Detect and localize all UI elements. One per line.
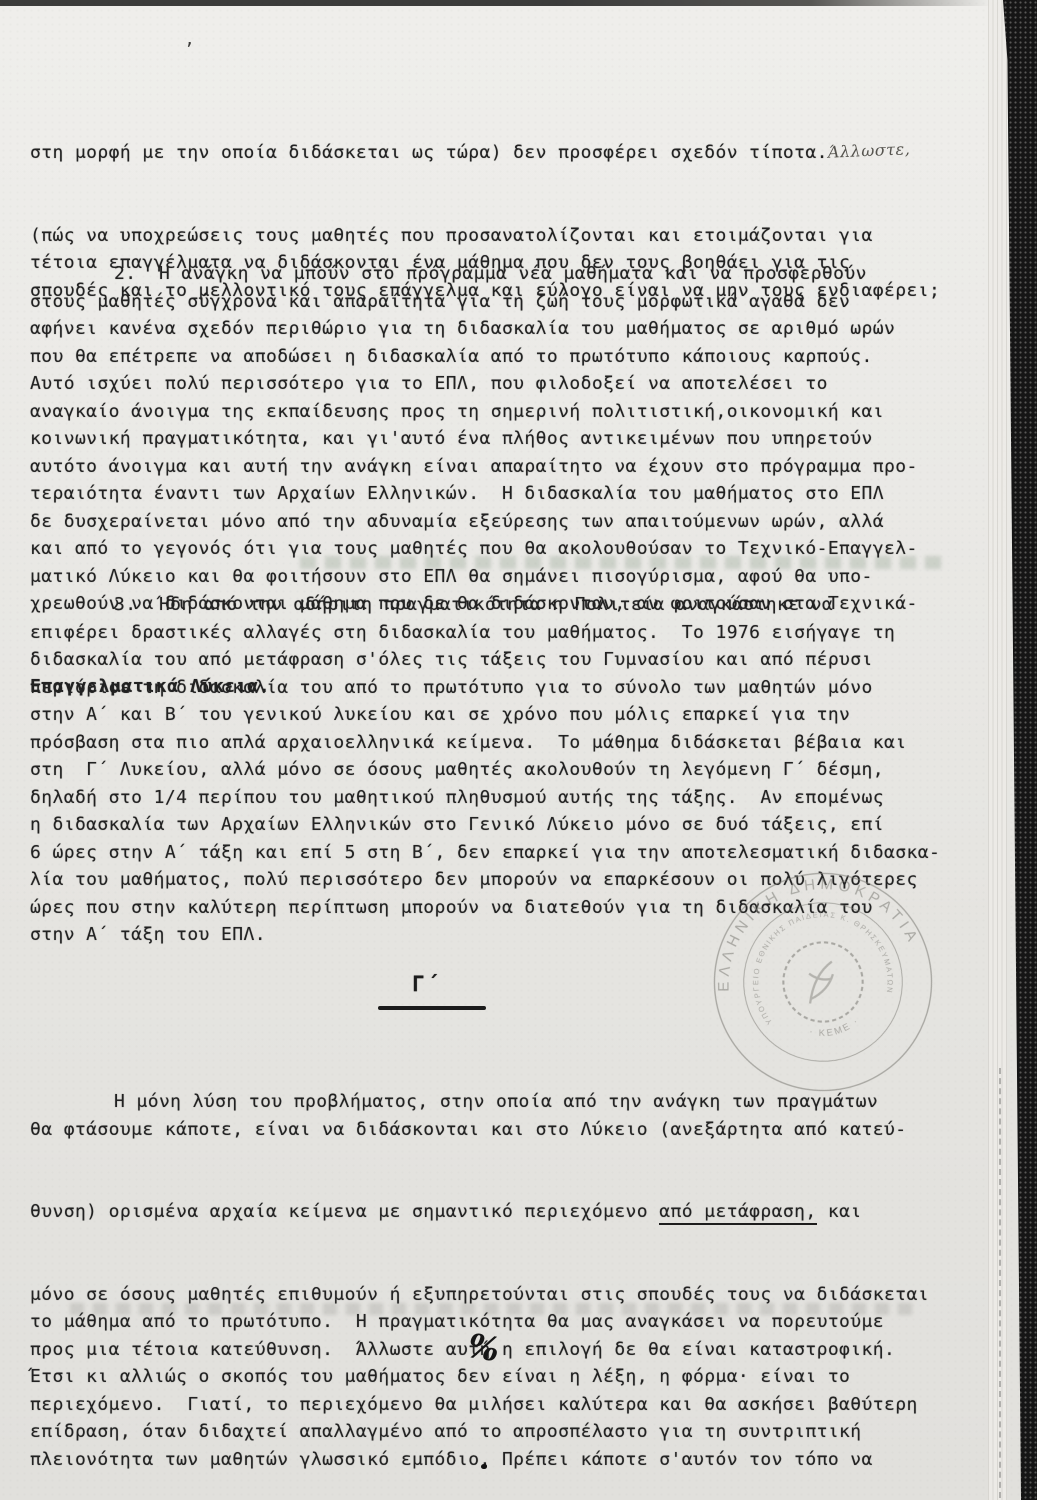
text-line: στη Γ΄ Λυκείου, αλλά μόνο σε όσους μαθητ… <box>30 756 965 784</box>
stray-ink-mark: ’ <box>184 40 194 60</box>
text-line: επίδραση, όταν διδαχτεί απαλλαγμένο από … <box>30 1418 965 1446</box>
text-line: Αυτό ισχύει πολύ περισσότερο για το ΕΠΛ,… <box>30 370 965 398</box>
text-segment: θυνση) ορισμένα αρχαία κείμενα με σημαντ… <box>30 1201 659 1222</box>
stamp-emblem <box>801 962 840 1004</box>
text-segment: στη μορφή με την οποία διδάσκεται ως τώρ… <box>30 142 828 163</box>
text-line: επιφέρει δραστικές αλλαγές στη διδασκαλί… <box>30 619 965 647</box>
text-line: 2. Η ανάγκη να μπούν στο πρόγραμμα νέα μ… <box>30 260 965 288</box>
text-line: ώρες που στην καλύτερη περίπτωση μπορούν… <box>30 894 965 922</box>
paragraph-3: 3. Ήδη από την αδήριτη πραγματικότητα η … <box>30 591 965 949</box>
text-line: στην Α΄ και Β΄ του γενικού λυκείου και σ… <box>30 701 965 729</box>
underlined-phrase: από μετάφραση, <box>659 1201 816 1225</box>
text-line: αναγκαίο άνοιγμα της εκπαίδευσης προς τη… <box>30 398 965 426</box>
text-line: Η μόνη λύση του προβλήματος, στην οποία … <box>30 1088 965 1116</box>
text-line: αφήνει κανένα σχεδόν περιθώριο για τη δι… <box>30 315 965 343</box>
text-line: διδασκαλία του από μετάφραση σ'όλες τις … <box>30 646 965 674</box>
text-segment: και <box>817 1201 862 1222</box>
paragraph-4: Η μόνη λύση του προβλήματος, στην οποία … <box>30 1033 965 1500</box>
text-line: στην Α΄ τάξη του ΕΠΛ. <box>30 921 965 949</box>
text-line: ματικό Λύκειο και θα φοιτήσουν στο ΕΠΛ θ… <box>30 563 965 591</box>
text-line: πρόσβαση στα πιο απλά αρχαιοελληνικά κεί… <box>30 729 965 757</box>
text-line: στη μορφή με την οποία διδάσκεται ως τώρ… <box>30 139 965 167</box>
ink-dot <box>481 1464 487 1469</box>
handwritten-annotation: Άλλωστε, <box>827 135 910 166</box>
text-line: λία του μαθήματος, πολύ περισσότερο δεν … <box>30 866 965 894</box>
text-line: δε δυσχεραίνεται μόνο από την αδυναμία ε… <box>30 508 965 536</box>
text-line: δηλαδή στο 1/4 περίπου του μαθητικού πλη… <box>30 784 965 812</box>
paragraph-2-lines: 2. Η ανάγκη να μπούν στο πρόγραμμα νέα μ… <box>30 260 965 618</box>
text-line: περιεχόμενο. Γιατί, το περιεχόμενο θα μι… <box>30 1391 965 1419</box>
text-line: που θα επέτρεπε να αποδώσει η διδασκαλία… <box>30 343 965 371</box>
text-line: κοινωνική πραγματικότητα, και γι'αυτό έν… <box>30 425 965 453</box>
scan-dark-edge <box>1003 0 1037 1500</box>
heading-underline <box>378 1006 486 1010</box>
text-line: και από το γεγονός ότι για τους μαθητές … <box>30 535 965 563</box>
text-line: μόνο σε όσους μαθητές επιθυμούν ή εξυπηρ… <box>30 1281 965 1309</box>
text-line: πλειονότητα των μαθητών γλωσσικό εμπόδιο… <box>30 1446 965 1474</box>
text-line: 6 ώρες στην Α΄ τάξη και επί 5 στη Β΄, δε… <box>30 839 965 867</box>
section-heading: Γ΄ <box>412 972 441 996</box>
text-line: στους μαθητές σύγχρονα και απαραίτητα γι… <box>30 288 965 316</box>
handwritten-page-mark: % <box>465 1326 503 1370</box>
book-page-edges <box>988 0 1007 1500</box>
text-line: Έτσι κι αλλιώς ο σκοπός του μαθήματος δε… <box>30 1363 965 1391</box>
text-line: θυνση) ορισμένα αρχαία κείμενα με σημαντ… <box>30 1198 965 1226</box>
paragraph-4-lines-a: Η μόνη λύση του προβλήματος, στην οποία … <box>30 1088 965 1143</box>
text-line: τεραιότητα έναντι των Αρχαίων Ελληνικών.… <box>30 480 965 508</box>
text-line: θα φτάσουμε κάποτε, είναι να διδάσκονται… <box>30 1116 965 1144</box>
scan-top-edge <box>0 0 1012 6</box>
page-fold-line <box>999 1068 1001 1498</box>
text-line: η διδασκαλία των Αρχαίων Ελληνικών στο Γ… <box>30 811 965 839</box>
text-line: αυτότο άνοιγμα και αυτή την ανάγκη είναι… <box>30 453 965 481</box>
text-line: 3. Ήδη από την αδήριτη πραγματικότητα η … <box>30 591 965 619</box>
paragraph-4-lines-b: μόνο σε όσους μαθητές επιθυμούν ή εξυπηρ… <box>30 1281 965 1474</box>
text-line: περιόρισε τη διδασκαλία του από το πρωτό… <box>30 674 965 702</box>
